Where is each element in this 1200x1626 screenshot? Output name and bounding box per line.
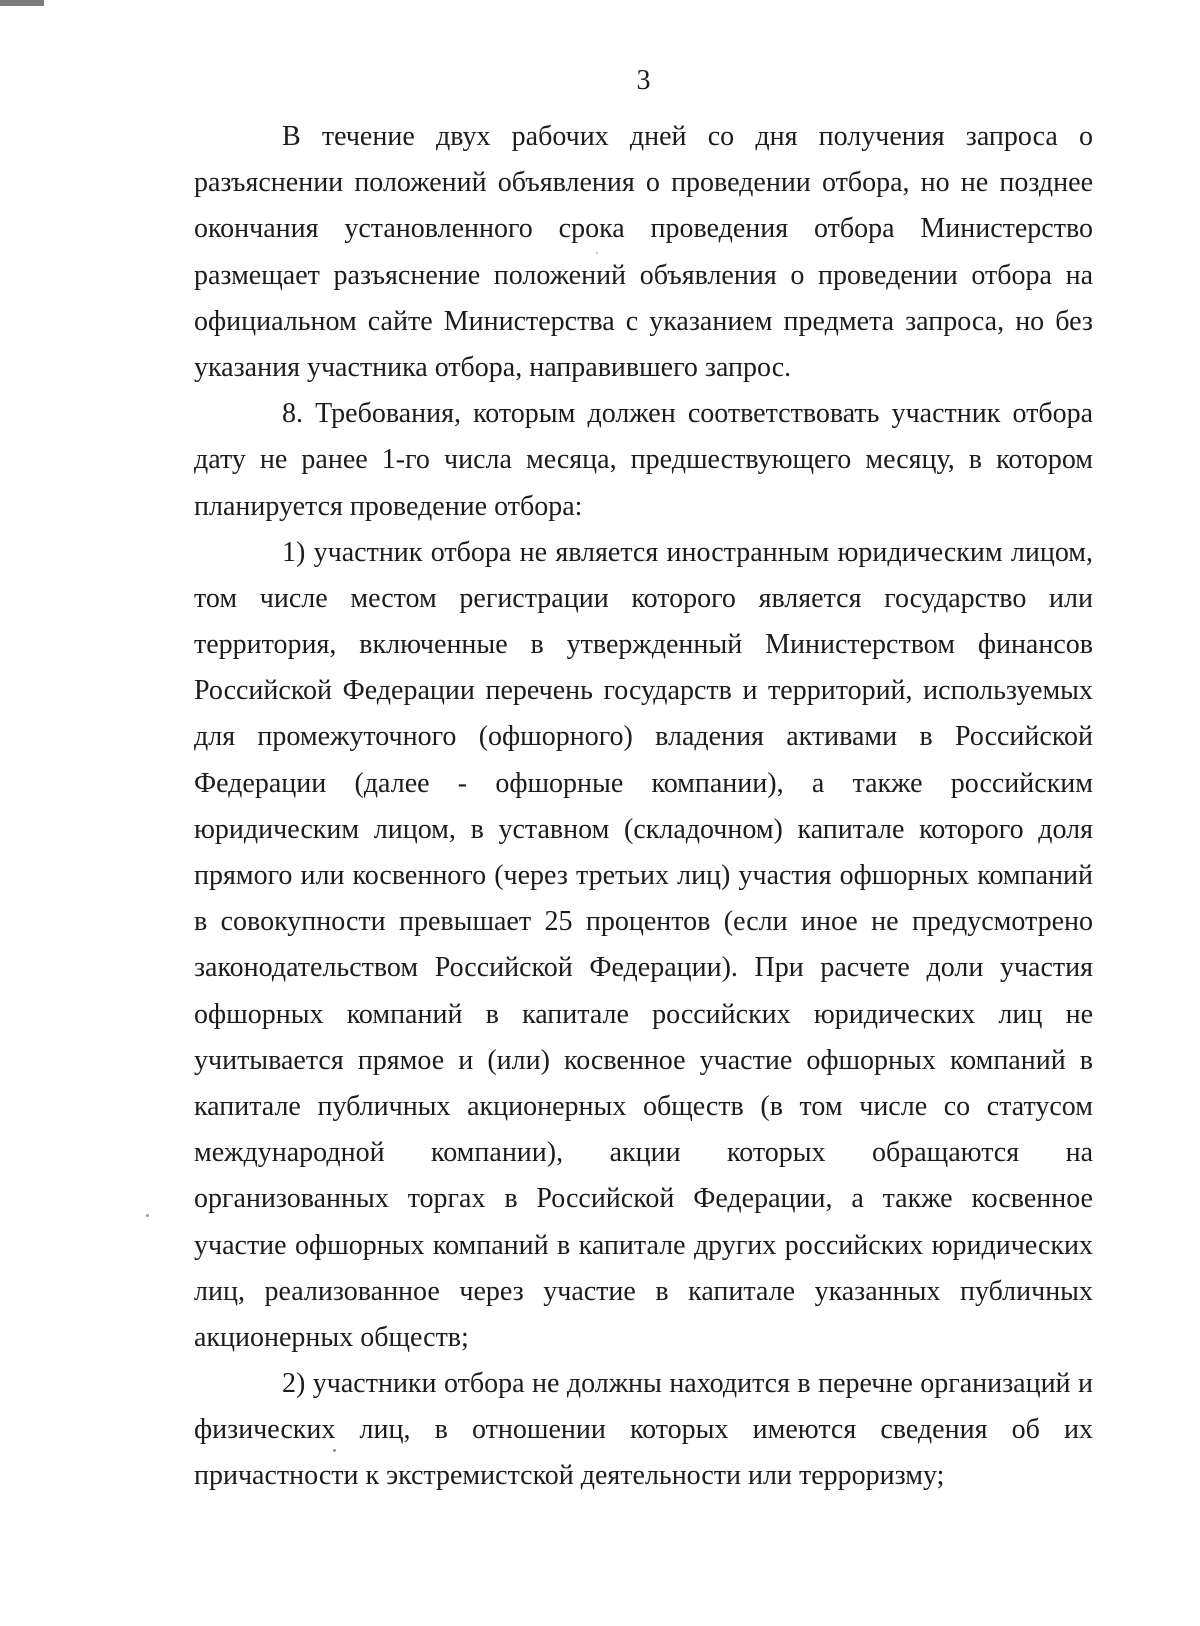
text-line: учитывается прямое и (или) косвенное уча… (194, 1038, 1093, 1084)
text-line: территория, включенные в утвержденный Ми… (194, 622, 1093, 668)
text-line: капитале публичных акционерных обществ (… (194, 1084, 1093, 1130)
text-line: Российской Федерации перечень государств… (194, 668, 1093, 714)
text-line: для промежуточного (офшорного) владения … (194, 714, 1093, 760)
text-line: В течение двух рабочих дней со дня получ… (194, 114, 1093, 160)
text-line: разъяснении положений объявления о прове… (194, 160, 1093, 206)
text-line: участие офшорных компаний в капитале дру… (194, 1223, 1093, 1269)
text-line: причастности к экстремистской деятельнос… (194, 1453, 1093, 1499)
text-line: законодательством Российской Федерации).… (194, 945, 1093, 991)
scan-artifact-bar (0, 0, 44, 6)
text-line: прямого или косвенного (через третьих ли… (194, 853, 1093, 899)
text-line: 1) участник отбора не является иностранн… (194, 530, 1093, 576)
scanned-document-page: 3 В течение двух рабочих дней со дня пол… (0, 0, 1200, 1626)
text-line: в совокупности превышает 25 процентов (е… (194, 899, 1093, 945)
text-line: юридическим лицом, в уставном (складочно… (194, 807, 1093, 853)
text-line: организованных торгах в Российской Федер… (194, 1176, 1093, 1222)
document-body-text: В течение двух рабочих дней со дня получ… (194, 114, 1093, 1500)
text-line: дату не ранее 1-го числа месяца, предшес… (194, 437, 1093, 483)
text-line: акционерных обществ; (194, 1315, 1093, 1361)
text-line: лиц, реализованное через участие в капит… (194, 1269, 1093, 1315)
text-line: размещает разъяснение положений объявлен… (194, 253, 1093, 299)
text-line: том числе местом регистрации которого яв… (194, 576, 1093, 622)
text-line: указания участника отбора, направившего … (194, 345, 1093, 391)
text-line: официальном сайте Министерства с указани… (194, 299, 1093, 345)
scan-artifact-speck (146, 1214, 149, 1217)
text-line: 8. Требования, которым должен соответств… (194, 391, 1093, 437)
text-line: 2) участники отбора не должны находится … (194, 1361, 1093, 1407)
page-number: 3 (194, 58, 1093, 104)
text-line: Федерации (далее - офшорные компании), а… (194, 761, 1093, 807)
text-line: международной компании), акции которых о… (194, 1130, 1093, 1176)
text-line: офшорных компаний в капитале российских … (194, 992, 1093, 1038)
text-line: окончания установленного срока проведени… (194, 206, 1093, 252)
text-line: планируется проведение отбора: (194, 484, 1093, 530)
text-line: физических лиц, в отношении которых имею… (194, 1407, 1093, 1453)
